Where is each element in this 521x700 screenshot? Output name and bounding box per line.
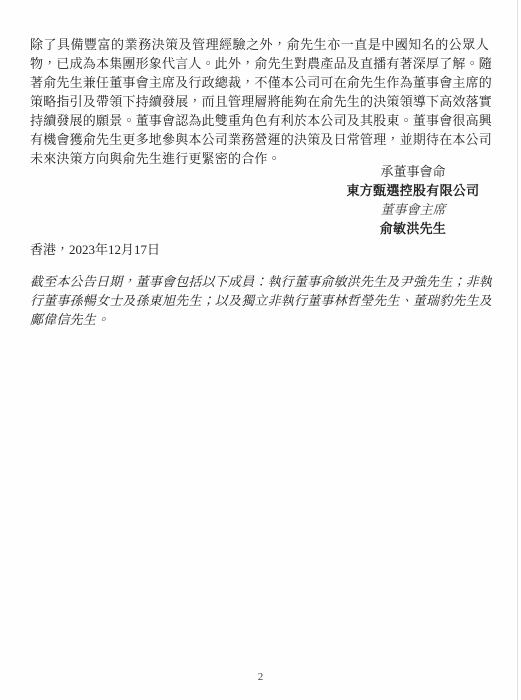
text-line: 行董事孫暢女士及孫東旭先生；以及獨立非執行董事林哲瑩先生、董瑞豹先生及 xyxy=(30,291,489,310)
announcement-page: 除了具備豐富的業務決策及管理經驗之外，俞先生亦一直是中國知名的公眾人物，已成為本… xyxy=(0,0,521,700)
text-line: 截至本公告日期，董事會包括以下成員：執行董事俞敏洪先生及尹強先生；非執 xyxy=(30,272,489,291)
text-line: 物，已成為本集團形象代言人。此外，俞先生對農產品及直播有著深厚了解。隨 xyxy=(30,54,489,73)
text-line: 鄺偉信先生。 xyxy=(30,310,489,329)
signer-name: 俞敏洪先生 xyxy=(345,219,481,238)
page-footer: 2 xyxy=(0,671,521,683)
signer-title: 董事會主席 xyxy=(345,200,481,219)
page-number: 2 xyxy=(258,671,264,683)
text-line: 策略指引及帶領下持續發展，而且管理層將能夠在俞先生的決策領導下高效落實 xyxy=(30,92,489,111)
text-line: 有機會獲俞先生更多地參與本公司業務營運的決策及日常管理，並期待在本公司 xyxy=(30,130,489,149)
text-line: 著俞先生兼任董事會主席及行政總裁，不僅本公司可在俞先生作為董事會主席的 xyxy=(30,73,489,92)
by-order-of-board-line: 承董事會命 xyxy=(345,162,481,181)
main-paragraph: 除了具備豐富的業務決策及管理經驗之外，俞先生亦一直是中國知名的公眾人物，已成為本… xyxy=(30,35,489,168)
board-members-note: 截至本公告日期，董事會包括以下成員：執行董事俞敏洪先生及尹強先生；非執行董事孫暢… xyxy=(30,272,489,329)
text-line: 持續發展的願景。董事會認為此雙重角色有利於本公司及其股東。董事會很高興 xyxy=(30,111,489,130)
dateline: 香港，2023年12月17日 xyxy=(30,240,160,259)
signature-block: 承董事會命 東方甄選控股有限公司 董事會主席 俞敏洪先生 xyxy=(345,162,481,238)
company-name: 東方甄選控股有限公司 xyxy=(345,181,481,200)
text-line: 除了具備豐富的業務決策及管理經驗之外，俞先生亦一直是中國知名的公眾人 xyxy=(30,35,489,54)
page-edge xyxy=(517,0,518,700)
